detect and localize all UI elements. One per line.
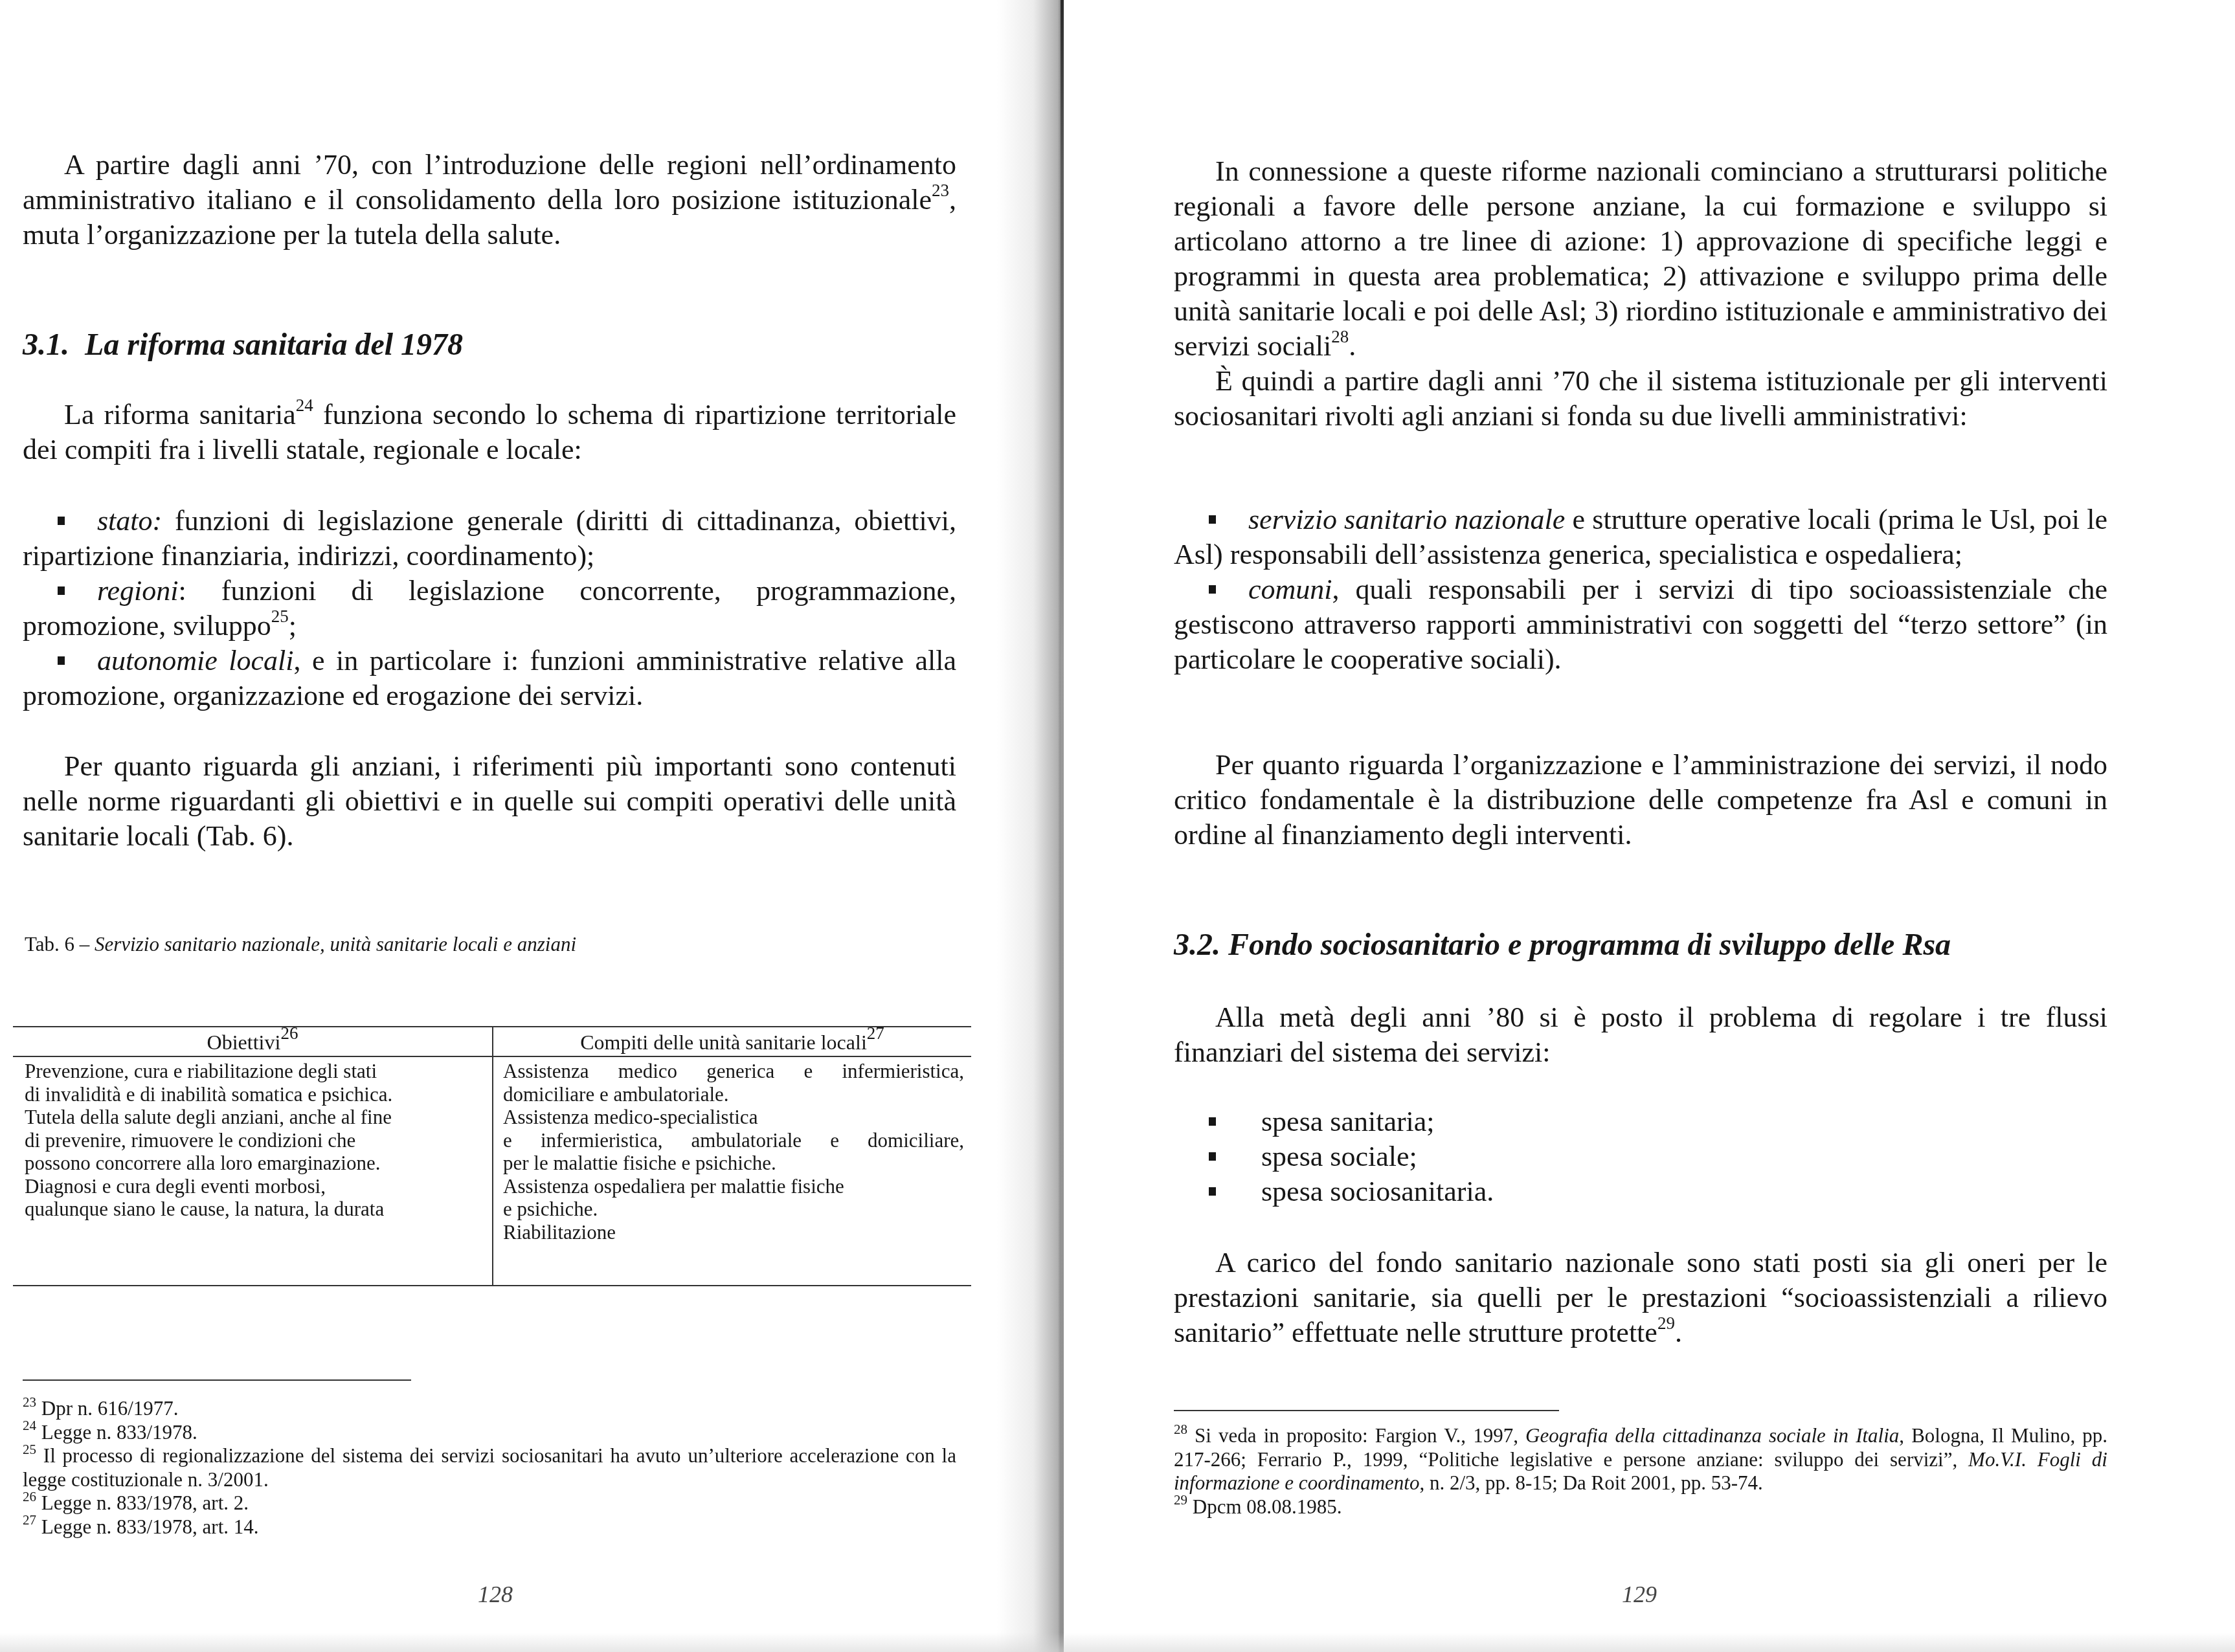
- section-heading-3-2: 3.2. Fondo sociosanitario e programma di…: [1174, 927, 2107, 963]
- book-spine-line: [1061, 0, 1064, 1652]
- paragraph-livelli: È quindi a partire dagli anni ’70 che il…: [1174, 364, 2107, 434]
- footnote-ref[interactable]: 29: [1657, 1313, 1675, 1333]
- footnote-28: 28 Si veda in proposito: Fargion V., 199…: [1174, 1424, 2107, 1495]
- footnote-29: 29 Dpcm 08.08.1985.: [1174, 1495, 2107, 1519]
- list-item: spesa sociale;: [1174, 1139, 2107, 1174]
- page-number-right: 129: [1622, 1581, 1657, 1608]
- paragraph-flussi: Alla metà degli anni ’80 si è posto il p…: [1174, 1000, 2107, 1070]
- square-bullet-icon: [1209, 1117, 1216, 1126]
- list-item: spesa sociosanitaria.: [1174, 1174, 2107, 1209]
- bullet-list-livelli-amministrativi: servizio sanitario nazionale e strutture…: [1174, 502, 2107, 677]
- square-bullet-icon: [1209, 1187, 1216, 1196]
- footnotes-right: 28 Si veda in proposito: Fargion V., 199…: [1174, 1424, 2107, 1519]
- square-bullet-icon: [1209, 585, 1216, 594]
- paragraph-connessione: In connessione a queste riforme nazional…: [1174, 154, 2107, 364]
- paragraph-fondo-sanitario: A carico del fondo sanitario nazionale s…: [1174, 1245, 2107, 1350]
- footnote-separator: [1174, 1410, 1559, 1411]
- list-item: spesa sanitaria;: [1174, 1104, 2107, 1139]
- scan-bottom-edge: [0, 1633, 2235, 1652]
- right-page: In connessione a queste riforme nazional…: [0, 0, 2235, 1652]
- bullet-item-comuni: comuni, quali responsabili per i servizi…: [1174, 572, 2107, 677]
- square-bullet-icon: [1209, 515, 1216, 524]
- book-spread: A partire dagli anni ’70, con l’introduz…: [0, 0, 2235, 1652]
- list-spese: spesa sanitaria; spesa sociale; spesa so…: [1174, 1104, 2107, 1209]
- book-gutter-shadow: [997, 0, 1063, 1652]
- bullet-item-ssn: servizio sanitario nazionale e strutture…: [1174, 502, 2107, 572]
- square-bullet-icon: [1209, 1152, 1216, 1161]
- paragraph-competenze: Per quanto riguarda l’organizzazione e l…: [1174, 748, 2107, 853]
- footnote-ref[interactable]: 28: [1331, 327, 1349, 346]
